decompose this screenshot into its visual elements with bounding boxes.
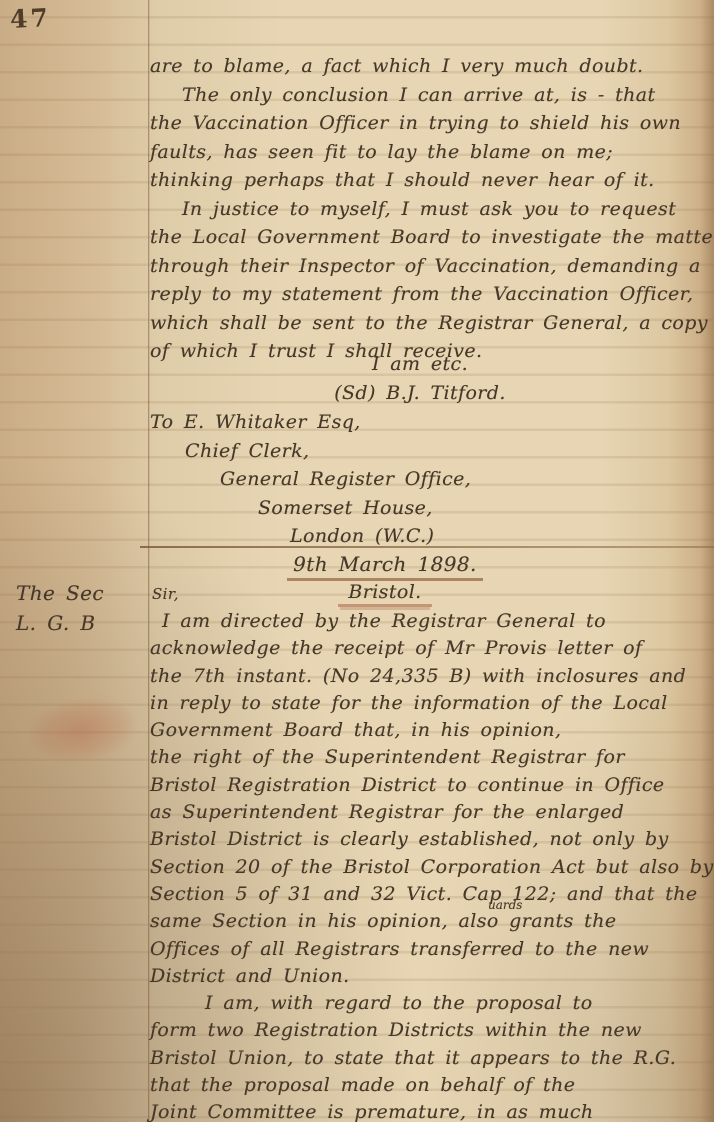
handwritten-line: thinking perhaps that I should never hea… (150, 166, 710, 195)
handwritten-line: Section 5 of 31 and 32 Vict. Cap 122; an… (150, 881, 712, 908)
handwritten-line: the right of the Superintendent Registra… (150, 744, 712, 771)
handwritten-line: are to blame, a fact which I very much d… (150, 52, 710, 81)
handwritten-line: reply to my statement from the Vaccinati… (150, 280, 710, 309)
margin-note-line: L. G. B (16, 608, 104, 638)
handwritten-line: The only conclusion I can arrive at, is … (150, 81, 710, 110)
ink-smudge (24, 693, 139, 767)
handwritten-line: District and Union. (150, 963, 712, 990)
margin-rule (148, 0, 149, 1122)
handwritten-line: Bristol District is clearly established,… (150, 826, 712, 853)
handwritten-line: Offices of all Registrars transferred to… (150, 936, 712, 963)
handwritten-line: form two Registration Districts within t… (150, 1017, 712, 1044)
page-number: 47 (9, 3, 51, 34)
handwritten-line-text: same Section in his opinion, also grants… (150, 910, 617, 932)
handwritten-line: Bristol Registration District to continu… (150, 772, 712, 799)
letter2-date-row: 9th March 1898. (150, 552, 620, 581)
letter2-body: I am directed by the Registrar General t… (150, 608, 712, 1122)
address-line: General Register Office, (220, 465, 580, 494)
handwritten-line: the Vaccination Officer in trying to shi… (150, 109, 710, 138)
letter-date: 9th March 1898. (287, 552, 483, 581)
letter1-closing: I am etc. (Sd) B.J. Titford. (280, 350, 560, 408)
margin-note: The Sec L. G. B (16, 578, 104, 638)
handwritten-line: In justice to myself, I must ask you to … (150, 195, 710, 224)
closing-line: I am etc. (280, 350, 560, 379)
handwritten-line: Government Board that, in his opinion, (150, 717, 712, 744)
handwritten-line: which shall be sent to the Registrar Gen… (150, 309, 710, 338)
handwritten-line: I am directed by the Registrar General t… (150, 608, 712, 635)
address-line: Somerset House, (258, 494, 580, 523)
section-divider (140, 546, 714, 548)
signature-line: (Sd) B.J. Titford. (280, 379, 560, 408)
handwritten-line: through their Inspector of Vaccination, … (150, 252, 710, 281)
handwritten-line: same Section in his opinion, also grants… (150, 908, 712, 935)
letter1-address: To E. Whitaker Esq, Chief Clerk, General… (150, 408, 580, 551)
handwritten-line: Joint Committee is premature, in as much (150, 1099, 712, 1122)
handwritten-line: that the proposal made on behalf of the (150, 1072, 712, 1099)
letter-place: Bristol. (338, 581, 431, 607)
handwritten-line: Section 20 of the Bristol Corporation Ac… (150, 854, 712, 881)
letter1-body: are to blame, a fact which I very much d… (150, 52, 710, 366)
handwritten-line: the Local Government Board to investigat… (150, 223, 710, 252)
margin-note-line: The Sec (16, 578, 104, 608)
ledger-page: 47 are to blame, a fact which I very muc… (0, 0, 714, 1122)
inline-correction: uards (488, 899, 522, 911)
handwritten-line: in reply to state for the information of… (150, 690, 712, 717)
letter2-place-row: Bristol. (150, 581, 620, 607)
handwritten-line: acknowledge the receipt of Mr Provis let… (150, 635, 712, 662)
address-line: Chief Clerk, (185, 437, 580, 466)
handwritten-line: I am, with regard to the proposal to (150, 990, 712, 1017)
handwritten-line: as Superintendent Registrar for the enla… (150, 799, 712, 826)
address-line: To E. Whitaker Esq, (150, 408, 580, 437)
handwritten-line: the 7th instant. (No 24,335 B) with incl… (150, 663, 712, 690)
handwritten-line: Bristol Union, to state that it appears … (150, 1045, 712, 1072)
handwritten-line: faults, has seen fit to lay the blame on… (150, 138, 710, 167)
salutation: Sir, (152, 585, 179, 603)
